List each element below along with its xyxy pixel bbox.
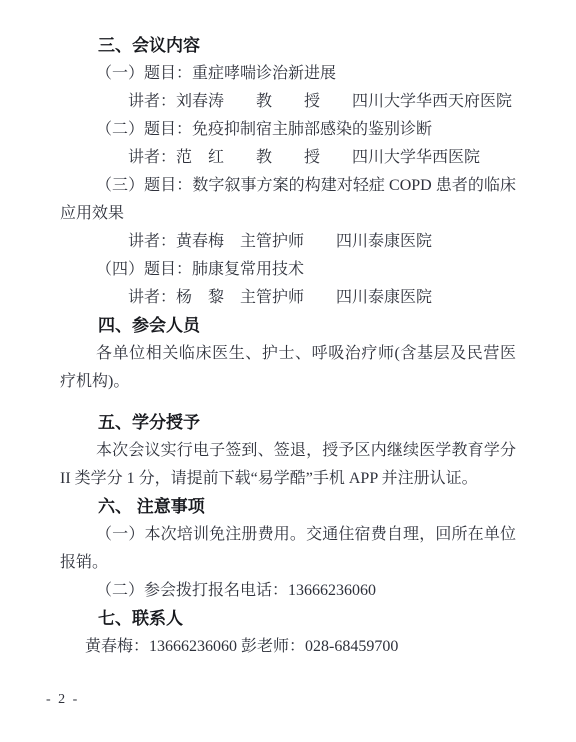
topic-2-title: （二）题目：免疫抑制宿主肺部感染的鉴别诊断 xyxy=(60,116,516,144)
credits-line-1: 本次会议实行电子签到、签退，授予区内继续医学教育学分 xyxy=(60,437,516,465)
section-heading-credits: 五、学分授予 xyxy=(60,409,516,437)
note-1-line-1: （一）本次培训免注册费用。交通住宿费自理，回所在单位 xyxy=(60,521,516,549)
topic-3-title-line-2: 应用效果 xyxy=(60,200,516,228)
topic-2-speaker: 讲者：范 红 教 授 四川大学华西医院 xyxy=(60,144,516,172)
topic-3-speaker: 讲者：黄春梅 主管护师 四川泰康医院 xyxy=(60,228,516,256)
section-heading-notes: 六、 注意事项 xyxy=(60,493,516,521)
page-number: - 2 - xyxy=(46,692,79,708)
section-heading-participants: 四、参会人员 xyxy=(60,312,516,340)
credits-line-2: II 类学分 1 分，请提前下载“易学酷”手机 APP 并注册认证。 xyxy=(60,465,516,493)
note-1-line-2: 报销。 xyxy=(60,549,516,577)
document-page: 三、会议内容 （一）题目：重症哮喘诊治新进展 讲者：刘春涛 教 授 四川大学华西… xyxy=(0,0,576,742)
participants-line-1: 各单位相关临床医生、护士、呼吸治疗师(含基层及民营医 xyxy=(60,340,516,368)
section-heading-meeting-content: 三、会议内容 xyxy=(60,32,516,60)
topic-3-title-line-1: （三）题目：数字叙事方案的构建对轻症 COPD 患者的临床 xyxy=(60,172,516,200)
contact-phone-line: 黄春梅：13666236060 彭老师：028-68459700 xyxy=(60,633,516,661)
topic-4-title: （四）题目：肺康复常用技术 xyxy=(60,256,516,284)
section-heading-contacts: 七、联系人 xyxy=(60,605,516,633)
topic-1-speaker: 讲者：刘春涛 教 授 四川大学华西天府医院 xyxy=(60,88,516,116)
topic-1-title: （一）题目：重症哮喘诊治新进展 xyxy=(60,60,516,88)
document-body: 三、会议内容 （一）题目：重症哮喘诊治新进展 讲者：刘春涛 教 授 四川大学华西… xyxy=(60,32,516,661)
participants-line-2: 疗机构)。 xyxy=(60,368,516,396)
note-2-registration-phone: （二）参会拨打报名电话：13666236060 xyxy=(60,577,516,605)
topic-4-speaker: 讲者：杨 黎 主管护师 四川泰康医院 xyxy=(60,284,516,312)
